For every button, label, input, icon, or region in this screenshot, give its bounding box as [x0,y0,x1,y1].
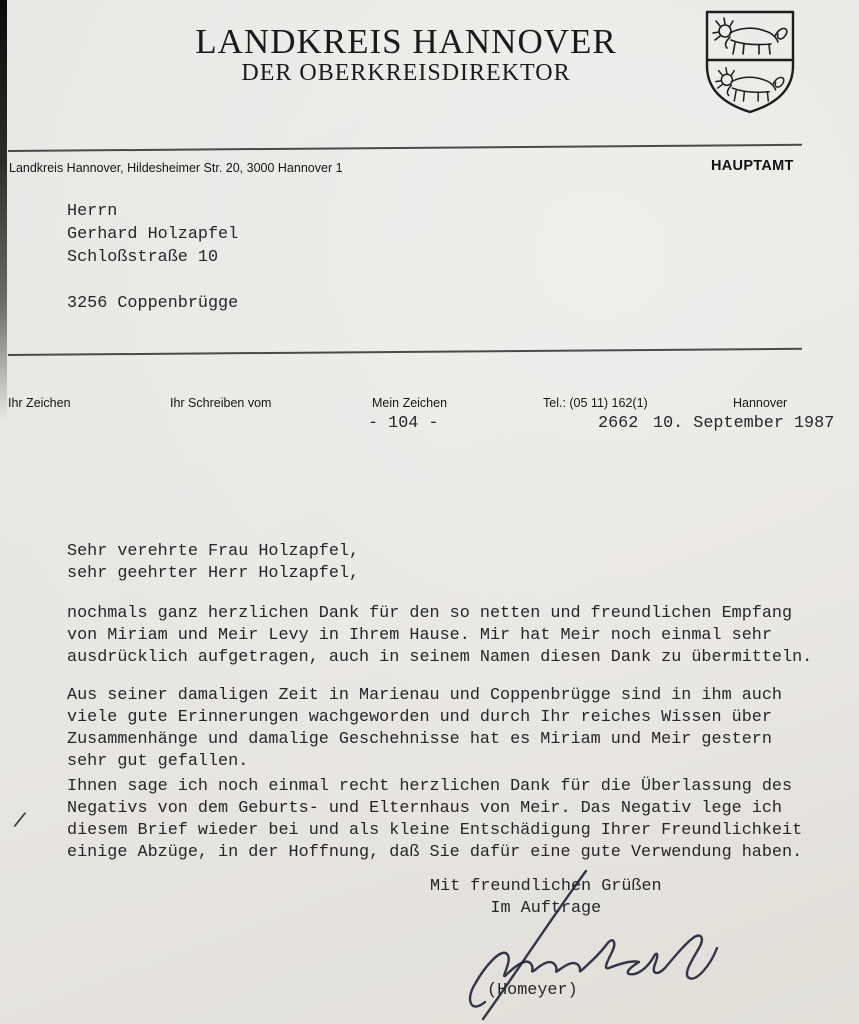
telephone-extension-value: 2662 [598,414,638,433]
place-label: Hannover [733,396,787,410]
ihr-zeichen-label: Ihr Zeichen [8,396,71,410]
salutation: Sehr verehrte Frau Holzapfel, sehr geehr… [67,541,359,585]
letter-date: 10. September 1987 [653,414,834,433]
coat-of-arms-icon [702,8,798,121]
recipient-address: Herrn Gerhard Holzapfel Schloßstraße 10 … [67,200,238,315]
body-paragraph-3: Ihnen sage ich noch einmal recht herzlic… [67,776,802,864]
letterhead-title: LANDKREIS HANNOVER [0,22,812,62]
telephone-label: Tel.: (05 11) 162(1) [543,396,648,410]
body-paragraph-2: Aus seiner damaligen Zeit in Marienau un… [67,685,782,773]
mein-zeichen-value: - 104 - [368,414,439,433]
signer-name: (Homeyer) [487,981,578,1000]
letterhead-subtitle: DER OBERKREISDIREKTOR [0,60,812,87]
scanned-letter-page: LANDKREIS HANNOVER DER OBERKREISDIREKTOR [0,0,859,1024]
department-label: HAUPTAMT [711,158,794,174]
letterhead-divider-line [8,144,802,152]
handwritten-margin-mark: / [11,810,27,835]
mein-zeichen-label: Mein Zeichen [372,396,447,410]
address-divider-line [8,348,802,356]
ihr-schreiben-vom-label: Ihr Schreiben vom [170,396,271,410]
sender-return-address: Landkreis Hannover, Hildesheimer Str. 20… [9,161,343,175]
body-paragraph-1: nochmals ganz herzlichen Dank für den so… [67,603,812,669]
